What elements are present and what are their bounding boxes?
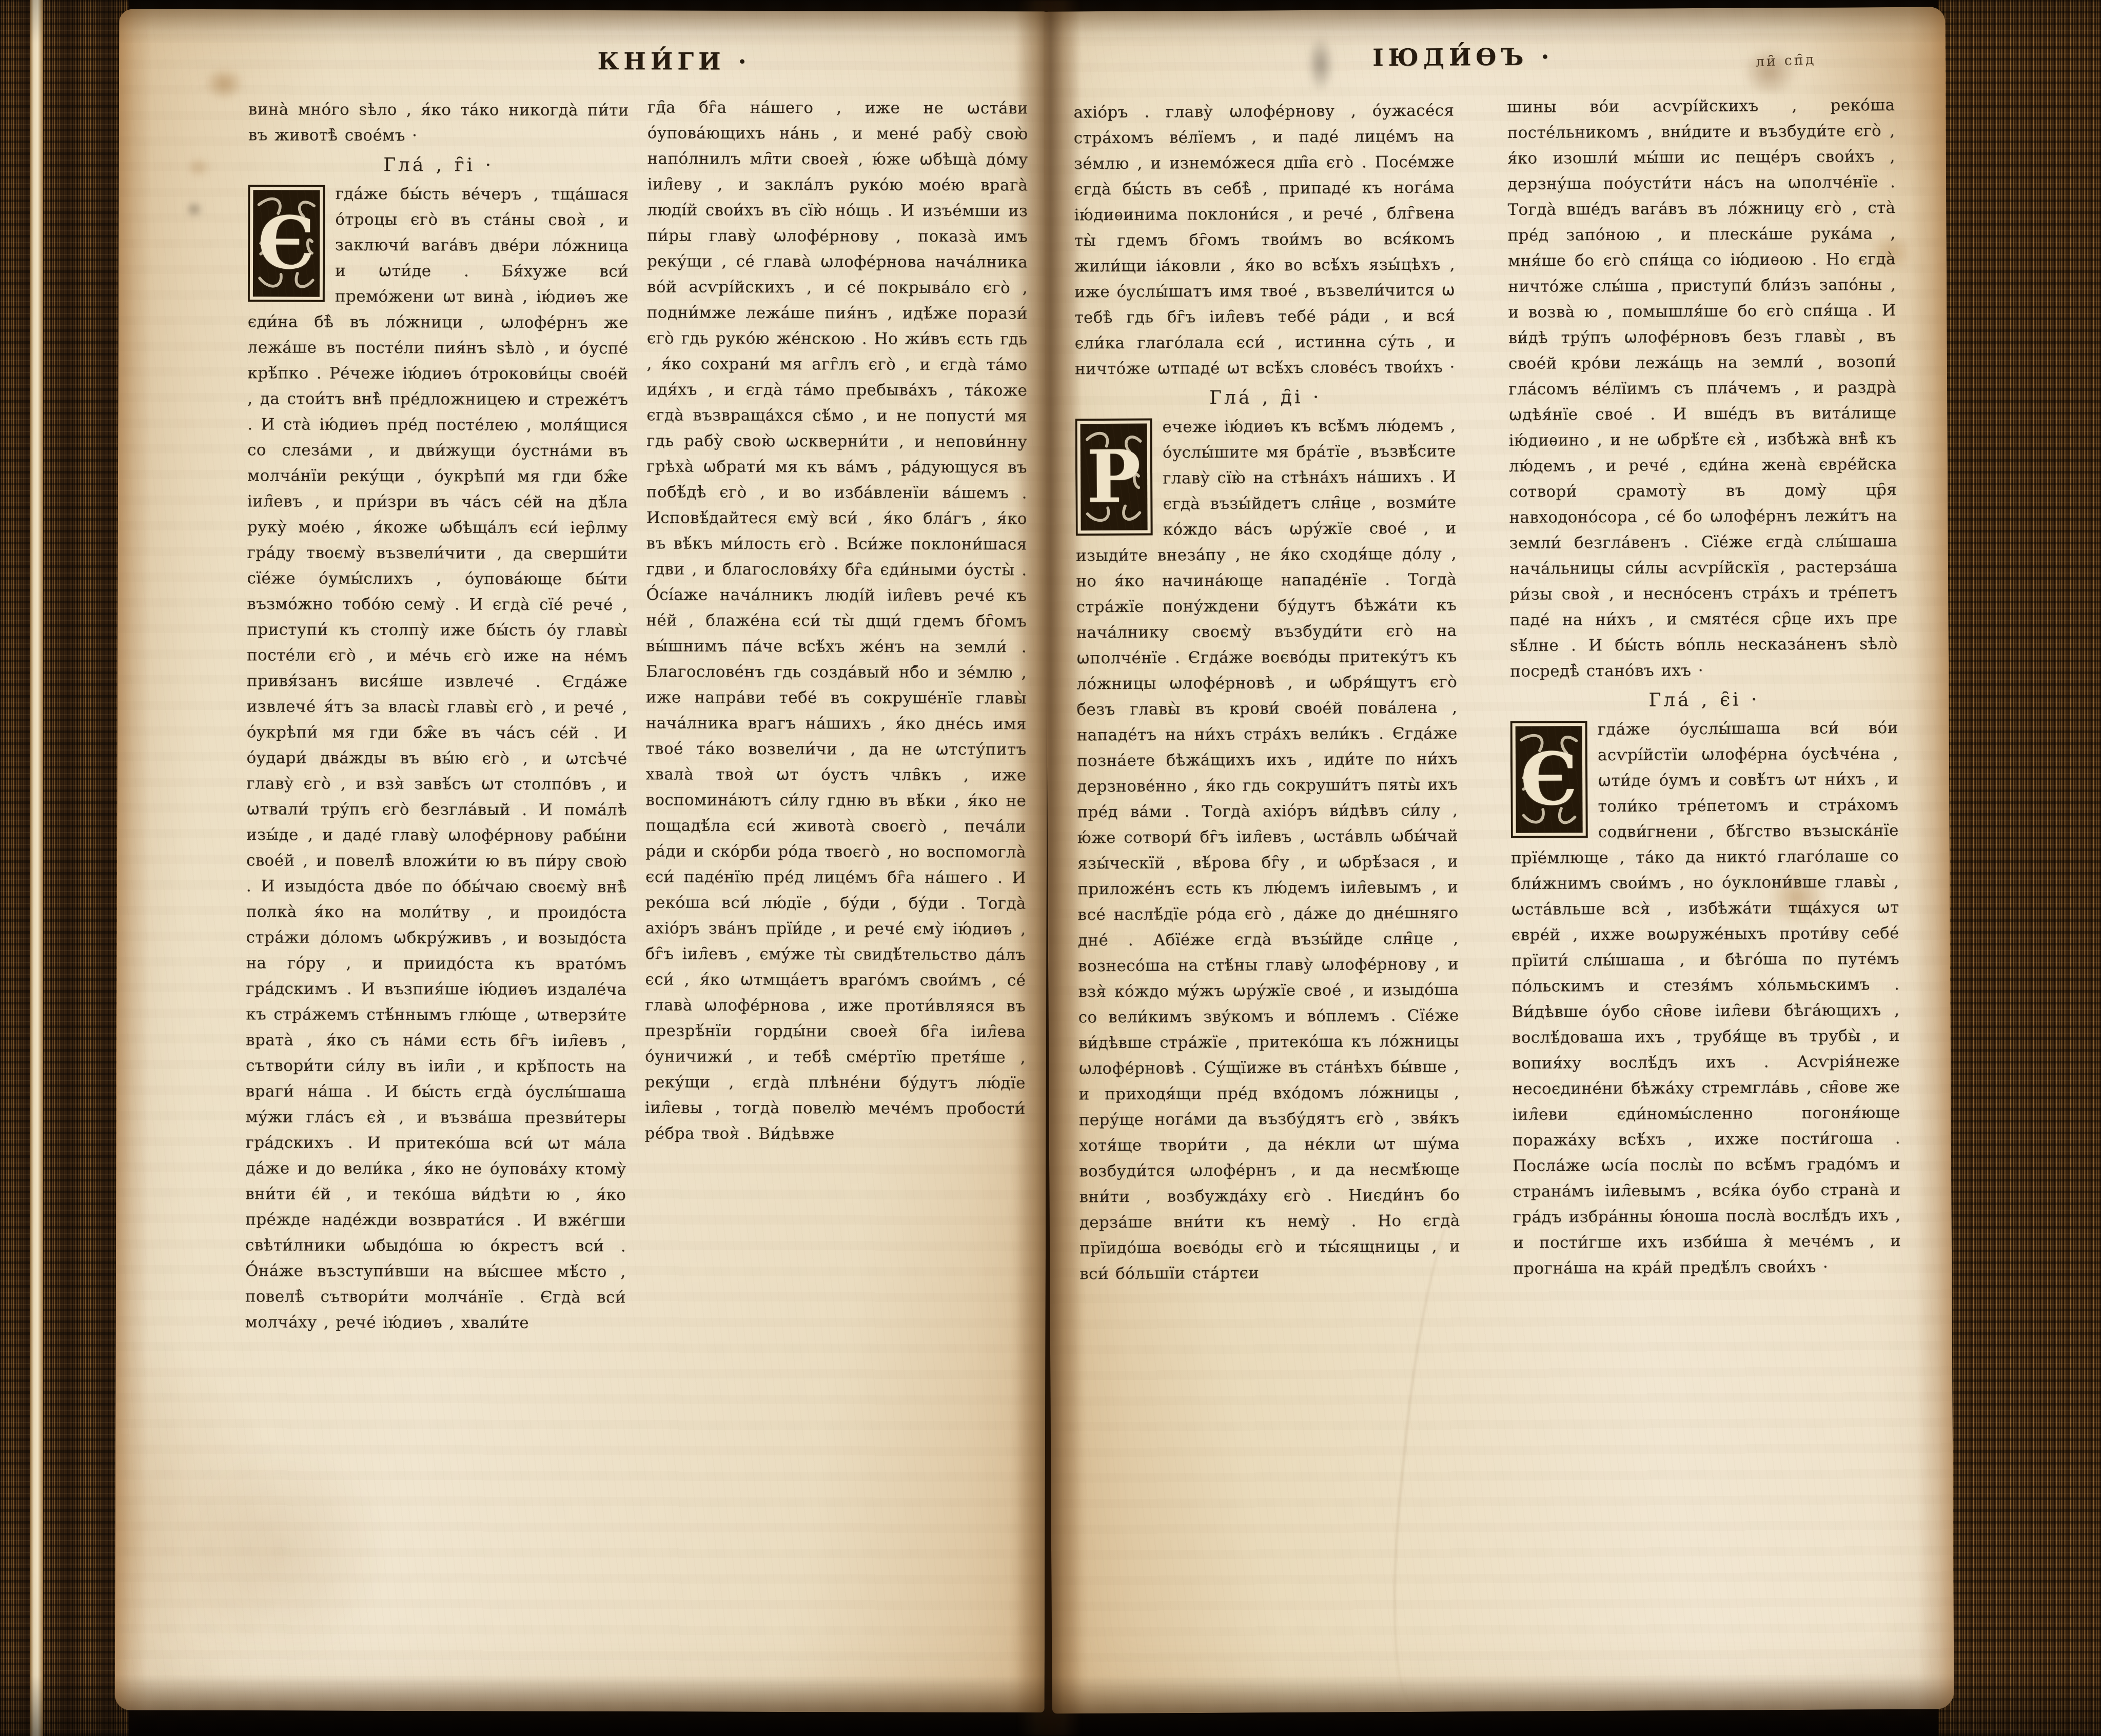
column-text: гда́же бы́сть ве́черъ , тща́шася о́троцы… — [245, 185, 629, 1332]
column-text: ахіо́ръ . главу̀ ѡлофе́рнову , о́ужасе́с… — [1073, 97, 1456, 382]
chapter-13-body: Є гда́же бы́сть ве́черъ , тща́шася о́тро… — [245, 181, 629, 1336]
page-stack-right-edge — [1938, 0, 2101, 1736]
chapter-14-body: Р ечеже ію́диѳъ къ всѣ́мъ лю́демъ , о́ус… — [1075, 412, 1460, 1287]
running-head-left: КНИ́ГИ · — [556, 47, 792, 75]
column-text: шины во́и асѵрі́йскихъ , реко́ша посте́л… — [1507, 92, 1898, 684]
left-page: КНИ́ГИ · вина̀ мно́го ѕѣло , я́ко та́ко … — [115, 9, 1049, 1713]
fox-stain — [196, 61, 252, 107]
column-left-1: вина̀ мно́го ѕѣло , я́ко та́ко никогда̀ … — [244, 96, 629, 1566]
decorated-initial-15: Є — [1510, 721, 1588, 838]
column-text: вина̀ мно́го ѕѣло , я́ко та́ко никогда̀ … — [248, 96, 629, 149]
column-text: ечеже ію́диѳъ къ всѣ́мъ лю́демъ , о́услы… — [1076, 416, 1460, 1283]
book-photo: КНИ́ГИ · вина̀ мно́го ѕѣло , я́ко та́ко … — [0, 0, 2101, 1736]
column-text: гд̑а бг̑а на́шего , иже не ѡста́ви о́упо… — [645, 94, 1028, 1147]
chapter-heading-13: Гла́ , г̑і · — [248, 150, 629, 181]
initial-letter: Є — [1516, 726, 1583, 833]
chapter-15-body: Є гда́же о́услы́шаша вси́ во́и асѵрі́йст… — [1510, 715, 1901, 1281]
chapter-heading-15: Гла́ , є̑і · — [1510, 684, 1898, 716]
initial-letter: Р — [1081, 424, 1148, 531]
decorated-initial-14: Р — [1075, 419, 1152, 536]
running-head-right: ІЮДИ́ѲЪ · — [1345, 43, 1581, 71]
fox-stain — [180, 153, 216, 182]
folio-number: ли̑ сп̑д — [1755, 52, 1816, 70]
page-crease — [1379, 1176, 1519, 1710]
decorated-initial-13: Є — [248, 185, 325, 302]
column-left-2: гд̑а бг̑а на́шего , иже не ѡста́ви о́упо… — [643, 94, 1028, 1567]
right-page: ІЮДИ́ѲЪ · ли̑ сп̑д ахіо́ръ . главу̀ ѡлоф… — [1043, 7, 1954, 1713]
page-edge-gap — [30, 0, 43, 1736]
column-right-2: шины во́и асѵрі́йскихъ , реко́ша посте́л… — [1507, 92, 1902, 1564]
water-stain — [135, 1405, 424, 1703]
page-stack-left-edge — [0, 0, 129, 1736]
chapter-heading-14: Гла́ , д̑і · — [1075, 382, 1456, 413]
fox-stain — [1860, 228, 1922, 280]
round-stain — [1756, 859, 1838, 937]
initial-letter: Є — [253, 190, 320, 297]
gutter-smudge — [1302, 26, 1339, 103]
column-right-1: ахіо́ръ . главу̀ ѡлофе́рнову , о́ужасе́с… — [1073, 97, 1462, 1569]
ink-spot — [183, 199, 205, 220]
corner-stain — [1731, 38, 1809, 106]
